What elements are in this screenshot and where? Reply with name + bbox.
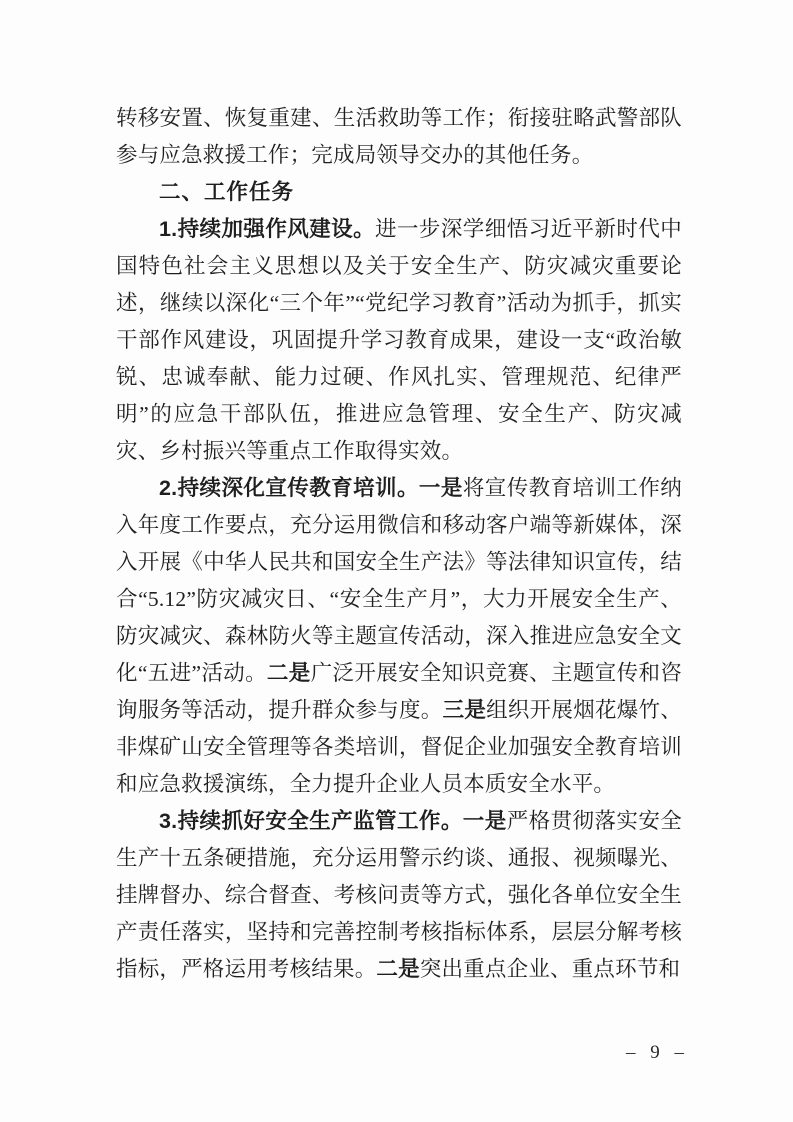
page-number: – 9 –: [626, 1042, 689, 1064]
bold-text-run: 1.持续加强作风建设。: [159, 217, 375, 241]
text-run: 进一步深学细悟习近平新时代中国特色社会主义思想以及关于安全生产、防灾减灾重要论述…: [116, 217, 682, 463]
document-page: 转移安置、恢复重建、生活救助等工作；衔接驻略武警部队参与应急救援工作；完成局领导…: [0, 0, 793, 1122]
bold-text-run: 二、工作任务: [159, 180, 294, 204]
document-text-block: 转移安置、恢复重建、生活救助等工作；衔接驻略武警部队参与应急救援工作；完成局领导…: [116, 100, 682, 988]
paragraph-continuation: 转移安置、恢复重建、生活救助等工作；衔接驻略武警部队参与应急救援工作；完成局领导…: [116, 100, 682, 174]
text-run: 突出重点企业、重点环节和: [420, 957, 680, 981]
text-run: 严格贯彻落实安全生产十五条硬措施，充分运用警示约谈、通报、视频曝光、挂牌督办、综…: [116, 809, 682, 981]
paragraph-task-2-publicity-training: 2.持续深化宣传教育培训。一是将宣传教育培训工作纳入年度工作要点，充分运用微信和…: [116, 470, 682, 803]
bold-text-run: 二是: [267, 661, 311, 685]
bold-text-run: 3.持续抓好安全生产监管工作。一是: [159, 809, 507, 833]
bold-text-run: 三是: [443, 698, 487, 722]
paragraph-task-1-style-building: 1.持续加强作风建设。进一步深学细悟习近平新时代中国特色社会主义思想以及关于安全…: [116, 211, 682, 470]
text-run: 转移安置、恢复重建、生活救助等工作；衔接驻略武警部队参与应急救援工作；完成局领导…: [116, 106, 682, 167]
bold-text-run: 二是: [376, 957, 419, 981]
bold-text-run: 2.持续深化宣传教育培训。一是: [159, 476, 463, 500]
text-run: 将宣传教育培训工作纳入年度工作要点，充分运用微信和移动客户端等新媒体，深入开展《…: [116, 476, 682, 685]
paragraph-task-3-safety-supervision: 3.持续抓好安全生产监管工作。一是严格贯彻落实安全生产十五条硬措施，充分运用警示…: [116, 803, 682, 988]
section-heading-work-tasks: 二、工作任务: [116, 174, 682, 211]
